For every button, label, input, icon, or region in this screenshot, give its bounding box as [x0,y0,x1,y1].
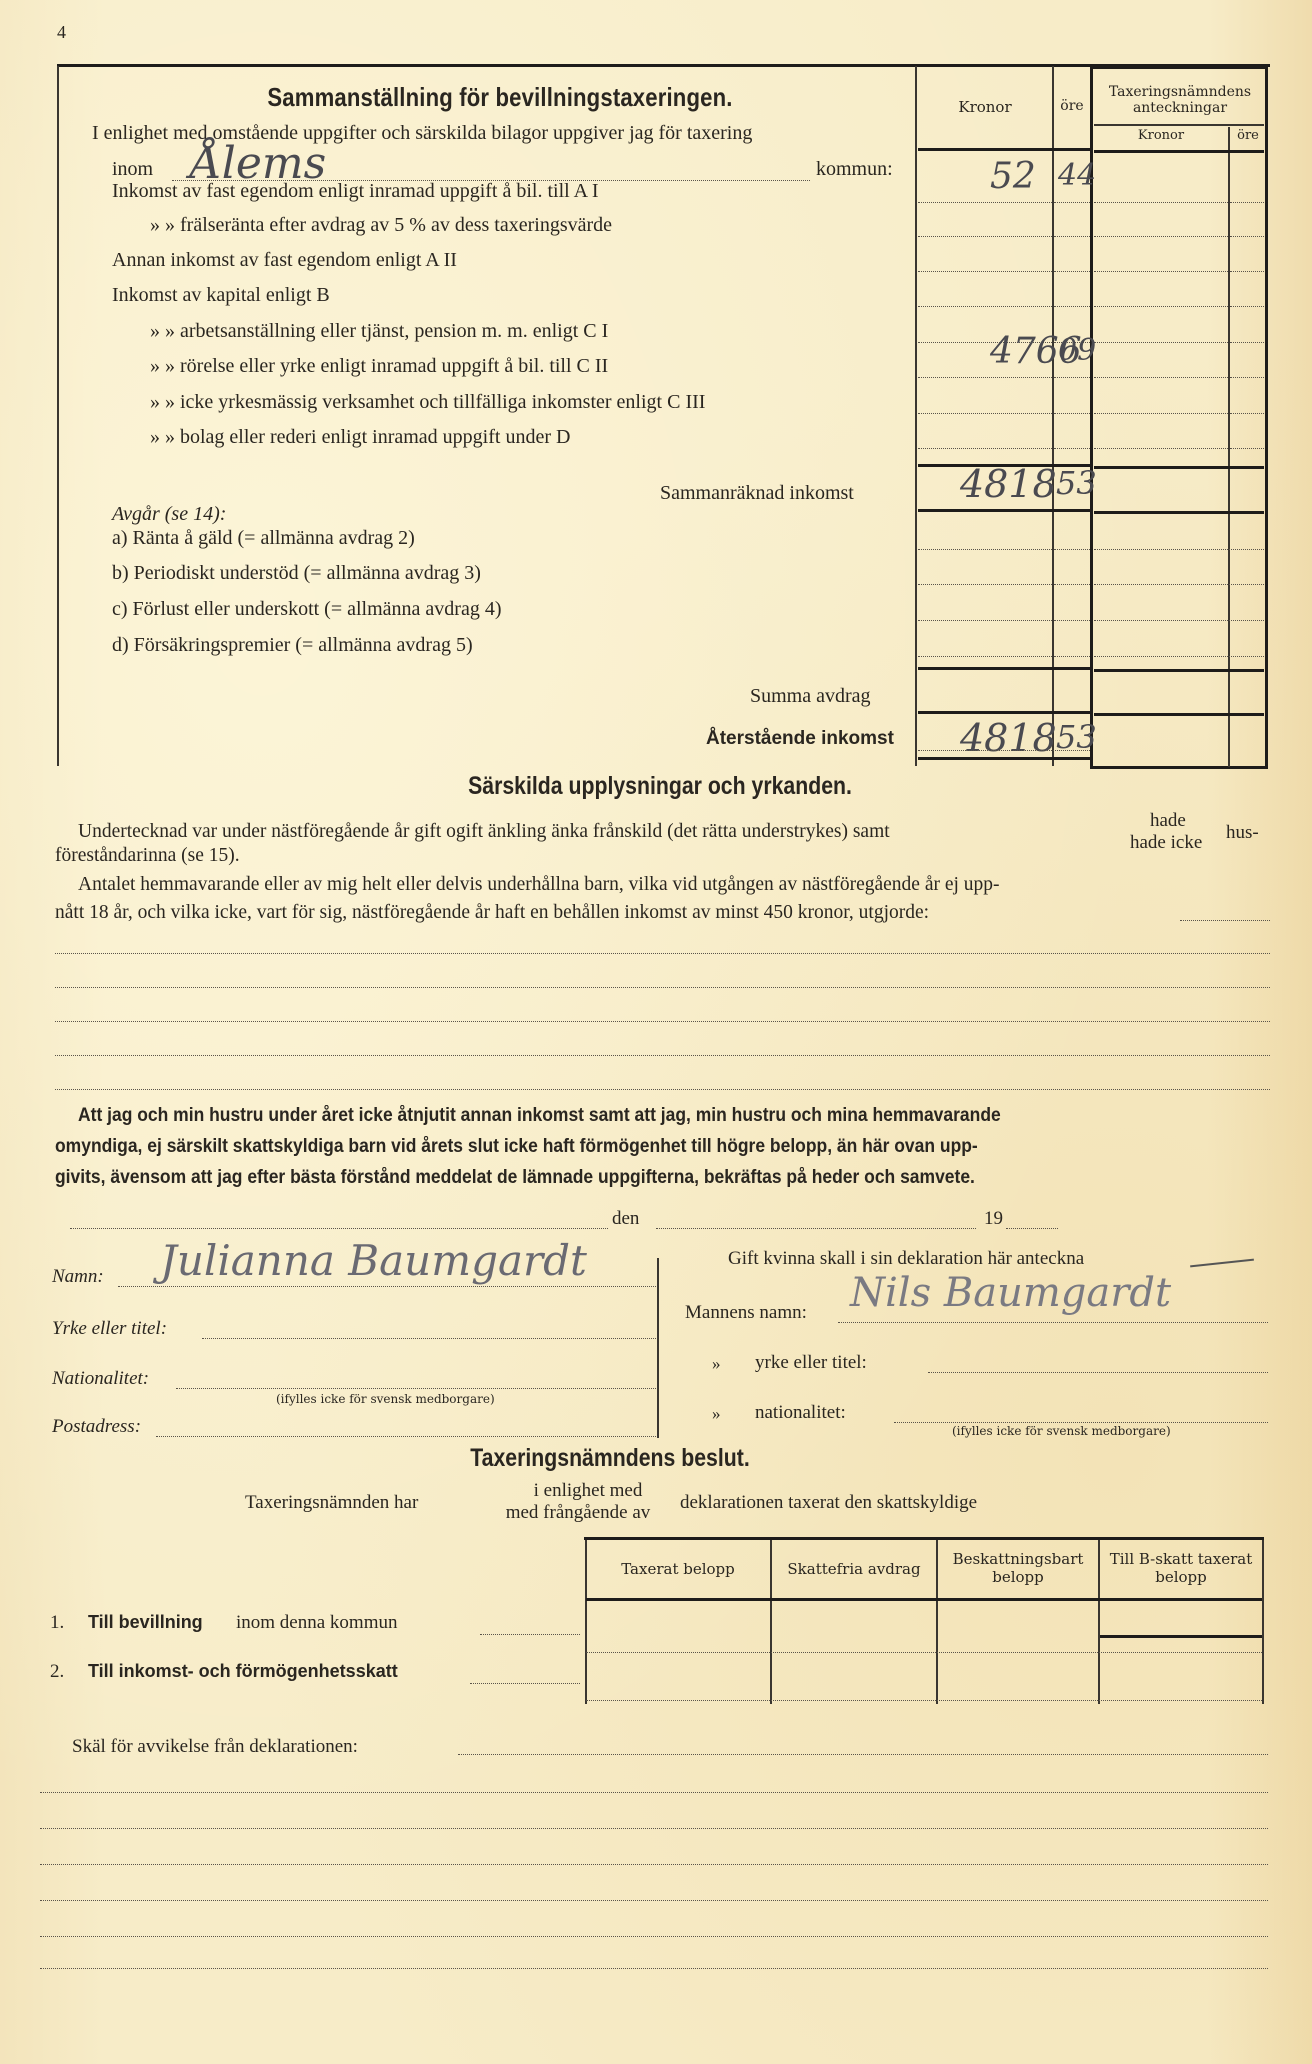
remaining-kronor-value[interactable]: 4818 [960,716,1057,760]
remaining-label: Återstående inkomst [706,728,894,750]
committee-row-ore-field[interactable] [1230,448,1264,449]
date-field[interactable] [656,1228,976,1229]
committee-row-ore-field[interactable] [1230,271,1264,272]
year-field[interactable] [1006,1228,1058,1229]
children-text-2: nått 18 år, och vilka icke, vart för sig… [55,899,929,926]
income-row-ore-field[interactable] [1054,306,1090,307]
total-label: Sammanräknad inkomst [660,482,854,505]
income-row-label: » » bolag eller rederi enligt inramad up… [150,426,570,449]
children-blank-line[interactable] [55,1089,1270,1090]
reason-blank-line[interactable] [40,1968,1268,1969]
children-blank-line[interactable] [55,1021,1270,1022]
deduction-row-label: c) Förlust eller underskott (= allmänna … [112,598,502,621]
mannens-namn-field[interactable] [838,1322,1268,1323]
decision-row-number: 2. [50,1661,64,1683]
decision-col-border-4 [1262,1540,1264,1704]
option-hade[interactable]: hade [1150,810,1186,832]
decision-table-header: Taxerat belopp [586,1560,770,1578]
committee-row-kronor-field[interactable] [1094,236,1228,237]
decision-title: Taxeringsnämndens beslut. [389,1444,831,1473]
committee-row-ore-field[interactable] [1230,377,1264,378]
summary-title: Sammanställning för bevillningstaxeringe… [160,82,840,113]
namn-label: Namn: [52,1266,104,1288]
committee-row-kronor-field[interactable] [1094,448,1228,449]
kronor-header: Kronor [918,98,1052,116]
husband-nationalitet-field[interactable] [894,1422,1268,1423]
affirmation-line-2: omyndiga, ej särskilt skattskyldiga barn… [55,1131,1288,1162]
decision-row-bold-label: Till inkomst- och förmögenhetsskatt [88,1661,398,1682]
nationalitet-label: Nationalitet: [52,1368,149,1390]
b-skatt-rule [1100,1635,1262,1638]
income-row-ore-field[interactable] [1054,377,1090,378]
committee-total-bottom-rule [1094,511,1264,514]
deduction-row-kronor-field[interactable] [918,549,1052,550]
husband-yrke-field[interactable] [928,1372,1268,1373]
decision-row-2-line [586,1700,1262,1701]
header-bottom-rule [918,148,1090,151]
mannens-namn-label: Mannens namn: [685,1302,807,1324]
deduction-row-label: a) Ränta å gäld (= allmänna avdrag 2) [112,527,415,550]
income-row-kronor-field[interactable] [918,271,1052,272]
deduction-row-ore-field[interactable] [1054,584,1090,585]
committee-row-kronor-field[interactable] [1094,342,1228,343]
committee-deduction-field[interactable] [1094,656,1264,657]
affirmation-line-1: Att jag och min hustru under året icke å… [78,1100,1311,1131]
deduction-row-label: b) Periodiskt understöd (= allmänna avdr… [112,562,481,585]
postadress-label: Postadress: [52,1416,141,1438]
deduction-row-ore-field[interactable] [1054,549,1090,550]
committee-row-kronor-field[interactable] [1094,377,1228,378]
committee-subheader-rule [1094,124,1264,126]
children-blank-line[interactable] [55,953,1270,954]
income-row-ore-field[interactable] [1054,236,1090,237]
affirmation-line-3: givits, ävensom att jag efter bästa förs… [55,1162,1288,1193]
committee-ore-header: öre [1230,128,1266,143]
yrke-label: Yrke eller titel: [52,1318,167,1340]
children-blank-line[interactable] [55,987,1270,988]
den-label: den [612,1208,639,1230]
nationalitet-field[interactable] [176,1388,658,1389]
kommun-label: kommun: [816,158,893,181]
marital-text: Undertecknad var under nästföregående år… [78,818,890,845]
mannens-namn-value: Nils Baumgardt [850,1270,1171,1316]
ditto-mark-1: » [712,1354,721,1374]
committee-deduction-field[interactable] [1094,620,1264,621]
reason-blank-line[interactable] [40,1936,1268,1937]
children-text-1: Antalet hemmavarande eller av mig helt e… [78,871,1000,898]
committee-row-kronor-field[interactable] [1094,413,1228,414]
committee-header-bottom-rule [1094,150,1264,153]
yrke-field[interactable] [202,1338,658,1339]
committee-deduction-field[interactable] [1094,584,1264,585]
committee-row-ore-field[interactable] [1230,202,1264,203]
namn-value: Julianna Baumgardt [160,1236,587,1285]
total-kronor-value[interactable]: 4818 [960,462,1057,506]
decision-table-header: Till B-skatt taxerat belopp [1100,1550,1262,1586]
inom-label: inom [112,158,153,181]
decision-row-rest-label: inom denna kommun [236,1612,397,1634]
left-border [57,66,59,766]
sum-top-rule [918,667,1090,670]
income-row-label: Inkomst av kapital enligt B [112,284,330,307]
decision-text-pre: Taxeringsnämnden har [245,1492,418,1514]
decision-text-post: deklarationen taxerat den skattskyldige [680,1492,977,1514]
decision-row-number: 1. [50,1612,64,1634]
year-label: 19 [984,1208,1003,1230]
reason-label: Skäl för avvikelse från deklarationen: [72,1736,358,1758]
decision-table-header: Beskattningsbart belopp [938,1550,1098,1586]
husband-yrke-label: yrke eller titel: [755,1352,867,1374]
ditto-mark-2: » [712,1404,721,1424]
total-bottom-rule [918,509,1090,512]
deduction-row-ore-field[interactable] [1054,656,1090,657]
remaining-dots [918,750,1090,751]
ore-column-border [1052,66,1054,766]
ore-header: öre [1054,98,1090,114]
nationalitet-note: (ifylles icke för svensk medborgare) [276,1392,495,1406]
total-ore-value[interactable]: 53 [1056,464,1097,502]
sum-deductions-label: Summa avdrag [750,685,871,708]
pen-stroke [1190,1259,1254,1267]
committee-deduction-field[interactable] [1094,549,1264,550]
decision-row-bold-label: Till bevillning [88,1612,203,1633]
committee-sum-top-rule [1094,669,1264,672]
kronor-column-border [915,66,917,766]
deduction-row-kronor-field[interactable] [918,584,1052,585]
income-row-label: » » icke yrkesmässig verksamhet och till… [150,391,705,414]
committee-sum-bottom-rule [1094,713,1264,716]
income-row-label: » » rörelse eller yrke enligt inramad up… [150,355,608,378]
postadress-field[interactable] [156,1436,658,1437]
namn-field[interactable] [118,1286,658,1287]
reason-blank-line[interactable] [40,1828,1268,1829]
income-row-label: » » arbetsanställning eller tjänst, pens… [150,320,608,343]
decision-option-in-accordance[interactable]: i enlighet med [500,1480,676,1502]
page-number: 4 [57,22,66,43]
decision-table-header: Skattefria avdrag [772,1560,936,1578]
committee-kronor-header: Kronor [1094,128,1228,143]
deduction-row-label: d) Försäkringspremier (= allmänna avdrag… [112,634,473,657]
top-rule [57,64,1270,67]
income-row-kronor-field[interactable] [918,306,1052,307]
income-row-kronor-field[interactable] [918,413,1052,414]
place-field[interactable] [70,1228,608,1229]
committee-row-ore-field[interactable] [1230,413,1264,414]
deduction-row-ore-field[interactable] [1054,620,1090,621]
income-row-ore-value[interactable]: 09 [1058,333,1096,368]
committee-row-ore-field[interactable] [1230,306,1264,307]
deductions-header-text: Avgår (se 14): [112,503,226,525]
committee-row-kronor-field[interactable] [1094,202,1228,203]
decision-option-deviating[interactable]: med frångående av [480,1502,676,1524]
income-row-ore-field[interactable] [1054,448,1090,449]
decision-row-leader [480,1634,580,1635]
committee-row-kronor-field[interactable] [1094,306,1228,307]
signature-divider [657,1258,659,1438]
reason-blank-line[interactable] [40,1900,1268,1901]
decision-row-leader [470,1683,580,1684]
income-row-kronor-field[interactable] [918,448,1052,449]
deductions-header: Avgår (se 14): [112,503,226,526]
married-woman-heading: Gift kvinna skall i sin deklaration här … [728,1248,1084,1270]
income-row-kronor-value[interactable]: 52 [990,156,1036,197]
decision-table-top-rule [584,1537,1264,1540]
income-row-label: » » frälseränta efter avdrag av 5 % av d… [150,214,612,237]
committee-row-ore-field[interactable] [1230,342,1264,343]
option-hade-icke[interactable]: hade icke [1130,832,1202,854]
deduction-row-kronor-field[interactable] [918,620,1052,621]
husband-nationalitet-label: nationalitet: [755,1402,846,1424]
income-row-kronor-field[interactable] [918,377,1052,378]
special-title: Särskilda upplysningar och yrkanden. [354,772,966,801]
sum-bottom-rule [918,711,1090,714]
committee-row-ore-field[interactable] [1230,236,1264,237]
income-row-kronor-field[interactable] [918,236,1052,237]
income-row-ore-field[interactable] [1054,271,1090,272]
income-row-kronor-field[interactable] [918,202,1052,203]
children-count-field[interactable] [1180,920,1270,921]
deduction-row-kronor-field[interactable] [918,656,1052,657]
income-row-label: Annan inkomst av fast egendom enligt A I… [112,249,457,272]
income-row-ore-value[interactable]: 44 [1058,158,1096,193]
committee-row-kronor-field[interactable] [1094,271,1228,272]
decision-header-bottom-rule [586,1598,1262,1601]
reason-blank-line[interactable] [40,1792,1268,1793]
remaining-bottom-rule [918,757,1090,760]
children-blank-line[interactable] [55,1055,1270,1056]
husband-nationalitet-note: (ifylles icke för svensk medborgare) [952,1424,1171,1438]
income-row-ore-field[interactable] [1054,413,1090,414]
committee-notes-header: Taxeringsnämndens anteckningar [1096,84,1264,116]
income-row-label: Inkomst av fast egendom enligt inramad u… [112,180,599,203]
decision-row-1-line [586,1652,1262,1653]
reason-field[interactable] [458,1754,1268,1755]
income-row-ore-field[interactable] [1054,202,1090,203]
hus-hyphen: hus- [1226,822,1259,844]
forestandarinna-text: föreståndarinna (se 15). [55,842,240,869]
committee-notes-box [1090,66,1268,769]
reason-blank-line[interactable] [40,1864,1268,1865]
committee-total-top-rule [1094,466,1264,469]
